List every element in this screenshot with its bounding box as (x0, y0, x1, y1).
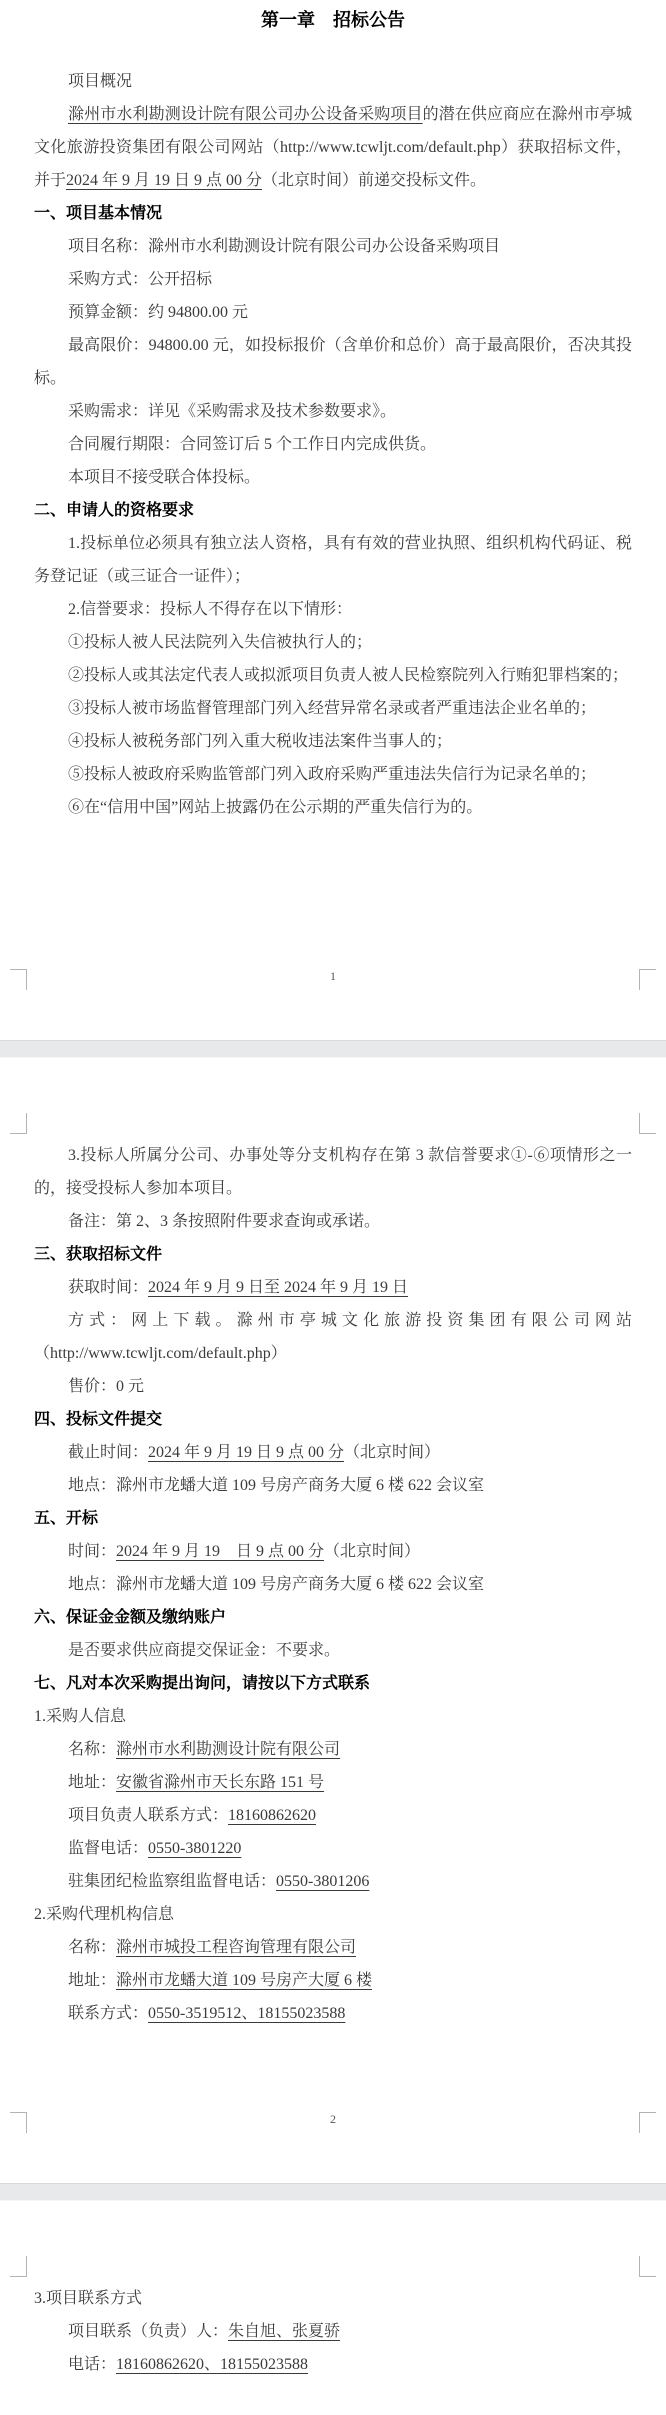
section-heading-2: 二、申请人的资格要求 (34, 494, 632, 527)
para-project-name: 项目名称：滁州市水利勘测设计院有限公司办公设备采购项目 (34, 230, 632, 263)
para-agency-name: 名称：滁州市城投工程咨询管理有限公司 (34, 1931, 632, 1964)
project-leader-phone-underlined: 18160862620 (228, 1807, 316, 1824)
project-leader-contact-label: 项目负责人联系方式： (68, 1807, 228, 1824)
section-heading-4: 四、投标文件提交 (34, 1403, 632, 1436)
project-name-underlined: 滁州市水利勘测设计院有限公司办公设备采购项目 (68, 106, 423, 123)
para-max-price: 最高限价：94800.00 元，如投标报价（含单价和总价）高于最高限价，否决其投… (34, 329, 632, 395)
section-heading-5: 五、开标 (34, 1502, 632, 1535)
deadline-datetime-underlined: 2024 年 9 月 19 日 9 点 00 分 (66, 172, 262, 189)
overview-text-tail: （北京时间）前递交投标文件。 (262, 172, 486, 189)
submit-deadline-label: 截止时间： (68, 1444, 148, 1461)
opening-time-label: 时间： (68, 1543, 116, 1560)
crop-mark-top-right (639, 1113, 656, 1134)
para-opening-time: 时间：2024 年 9 月 19 日 9 点 00 分（北京时间） (34, 1535, 632, 1568)
discipline-phone-underlined: 0550-3801206 (276, 1873, 369, 1890)
section-heading-7: 七、凡对本次采购提出询问，请按以下方式联系 (34, 1667, 632, 1700)
para-contract-term: 合同履行期限：合同签订后 5 个工作日内完成供货。 (34, 428, 632, 461)
page-3-text-area: 3.项目联系方式 项目联系（负责）人：朱自旭、张夏骄 电话：1816086262… (0, 2201, 666, 2381)
submit-deadline-tail: （北京时间） (344, 1444, 440, 1461)
opening-time-underlined: 2024 年 9 月 19 日 9 点 00 分 (116, 1543, 324, 1560)
para-remark: 备注：第 2、3 条按照附件要求查询或承诺。 (34, 1205, 632, 1238)
para-credit-item-6: ⑥在“信用中国”网站上披露仍在公示期的严重失信行为的。 (34, 791, 632, 824)
para-deposit: 是否要求供应商提交保证金：不要求。 (34, 1634, 632, 1667)
agency-address-underlined: 滁州市龙蟠大道 109 号房产大厦 6 楼 (116, 1972, 372, 1989)
para-credit-item-3: ③投标人被市场监督管理部门列入经营异常名录或者严重违法企业名单的； (34, 692, 632, 725)
agency-contact-underlined: 0550-3519512、18155023588 (148, 2005, 345, 2022)
crop-mark-top-left (10, 1113, 27, 1134)
para-submit-location: 地点：滁州市龙蟠大道 109 号房产商务大厦 6 楼 622 会议室 (34, 1469, 632, 1502)
page-gap (0, 2183, 666, 2201)
para-overview: 滁州市水利勘测设计院有限公司办公设备采购项目的潜在供应商应在滁州市亭城文化旅游投… (34, 98, 632, 197)
crop-mark-bottom-left (10, 969, 27, 990)
para-project-contact-phone: 电话：18160862620、18155023588 (34, 2348, 632, 2381)
purchaser-address-underlined: 安徽省滁州市天长东路 151 号 (116, 1774, 324, 1791)
supervise-phone-label: 监督电话： (68, 1840, 148, 1857)
para-qualification-2: 2.信誉要求：投标人不得存在以下情形： (34, 593, 632, 626)
para-credit-item-5: ⑤投标人被政府采购监管部门列入政府采购严重违法失信行为记录名单的； (34, 758, 632, 791)
para-budget: 预算金额：约 94800.00 元 (34, 296, 632, 329)
document-page-2: 3.投标人所属分公司、办事处等分支机构存在第 3 款信誉要求①-⑥项情形之一的，… (0, 1058, 666, 2183)
discipline-phone-label: 驻集团纪检监察组监督电话： (68, 1873, 276, 1890)
chapter-title: 第一章 招标公告 (34, 5, 632, 35)
crop-mark-top-right (639, 2256, 656, 2277)
supervise-phone-underlined: 0550-3801220 (148, 1840, 241, 1857)
page-2-text-area: 3.投标人所属分公司、办事处等分支机构存在第 3 款信誉要求①-⑥项情形之一的，… (0, 1058, 666, 2030)
crop-mark-top-left (10, 2256, 27, 2277)
project-contact-phone-label: 电话： (68, 2356, 116, 2373)
purchaser-name-label: 名称： (68, 1741, 116, 1758)
agency-address-label: 地址： (68, 1972, 116, 1989)
project-contact-phone-underlined: 18160862620、18155023588 (116, 2356, 308, 2373)
para-purchaser-info-label: 1.采购人信息 (34, 1700, 632, 1733)
para-credit-item-1: ①投标人被人民法院列入失信被执行人的； (34, 626, 632, 659)
para-project-contact-person: 项目联系（负责）人：朱自旭、张夏骄 (34, 2315, 632, 2348)
crop-mark-bottom-left (10, 2112, 27, 2133)
page-number-1: 1 (0, 968, 666, 984)
para-procurement-method: 采购方式：公开招标 (34, 263, 632, 296)
para-price: 售价：0 元 (34, 1370, 632, 1403)
para-opening-location: 地点：滁州市龙蟠大道 109 号房产商务大厦 6 楼 622 会议室 (34, 1568, 632, 1601)
section-heading-6: 六、保证金金额及缴纳账户 (34, 1601, 632, 1634)
purchaser-name-underlined: 滁州市水利勘测设计院有限公司 (116, 1741, 340, 1758)
para-agency-contact: 联系方式：0550-3519512、18155023588 (34, 1997, 632, 2030)
obtain-time-range-underlined: 2024 年 9 月 9 日至 2024 年 9 月 19 日 (148, 1279, 408, 1296)
para-discipline-phone: 驻集团纪检监察组监督电话：0550-3801206 (34, 1865, 632, 1898)
para-agency-address: 地址：滁州市龙蟠大道 109 号房产大厦 6 楼 (34, 1964, 632, 1997)
obtain-time-label: 获取时间： (68, 1279, 148, 1296)
para-credit-item-4: ④投标人被税务部门列入重大税收违法案件当事人的； (34, 725, 632, 758)
document-page-1: 第一章 招标公告 项目概况 滁州市水利勘测设计院有限公司办公设备采购项目的潜在供… (0, 0, 666, 1040)
para-purchaser-address: 地址：安徽省滁州市天长东路 151 号 (34, 1766, 632, 1799)
section-heading-3: 三、获取招标文件 (34, 1238, 632, 1271)
submit-deadline-underlined: 2024 年 9 月 19 日 9 点 00 分 (148, 1444, 344, 1461)
page-1-text-area: 第一章 招标公告 项目概况 滁州市水利勘测设计院有限公司办公设备采购项目的潜在供… (0, 0, 666, 824)
agency-name-label: 名称： (68, 1939, 116, 1956)
project-contact-person-underlined: 朱自旭、张夏骄 (228, 2323, 340, 2340)
para-project-leader-contact: 项目负责人联系方式：18160862620 (34, 1799, 632, 1832)
para-overview-label: 项目概况 (34, 65, 632, 98)
crop-mark-bottom-right (639, 2112, 656, 2133)
opening-time-tail: （北京时间） (324, 1543, 420, 1560)
para-obtain-method: 方式：网上下载。滁州市亭城文化旅游投资集团有限公司网站（http://www.t… (34, 1304, 632, 1370)
purchaser-address-label: 地址： (68, 1774, 116, 1791)
para-qualification-1: 1.投标单位必须具有独立法人资格，具有有效的营业执照、组织机构代码证、税务登记证… (34, 527, 632, 593)
para-project-contact-label: 3.项目联系方式 (34, 2282, 632, 2315)
para-agency-info-label: 2.采购代理机构信息 (34, 1898, 632, 1931)
para-purchaser-name: 名称：滁州市水利勘测设计院有限公司 (34, 1733, 632, 1766)
project-contact-person-label: 项目联系（负责）人： (68, 2323, 228, 2340)
agency-name-underlined: 滁州市城投工程咨询管理有限公司 (116, 1939, 356, 1956)
document-page-3: 3.项目联系方式 项目联系（负责）人：朱自旭、张夏骄 电话：1816086262… (0, 2201, 666, 2415)
para-obtain-time: 获取时间：2024 年 9 月 9 日至 2024 年 9 月 19 日 (34, 1271, 632, 1304)
para-procurement-requirements: 采购需求：详见《采购需求及技术参数要求》。 (34, 395, 632, 428)
para-qualification-3: 3.投标人所属分公司、办事处等分支机构存在第 3 款信誉要求①-⑥项情形之一的，… (34, 1139, 632, 1205)
page-number-2: 2 (0, 2111, 666, 2127)
para-credit-item-2: ②投标人或其法定代表人或拟派项目负责人被人民检察院列入行贿犯罪档案的； (34, 659, 632, 692)
page-gap (0, 1040, 666, 1058)
para-supervise-phone: 监督电话：0550-3801220 (34, 1832, 632, 1865)
crop-mark-bottom-right (639, 969, 656, 990)
section-heading-1: 一、项目基本情况 (34, 197, 632, 230)
agency-contact-label: 联系方式： (68, 2005, 148, 2022)
para-no-consortium: 本项目不接受联合体投标。 (34, 461, 632, 494)
para-submit-deadline: 截止时间：2024 年 9 月 19 日 9 点 00 分（北京时间） (34, 1436, 632, 1469)
